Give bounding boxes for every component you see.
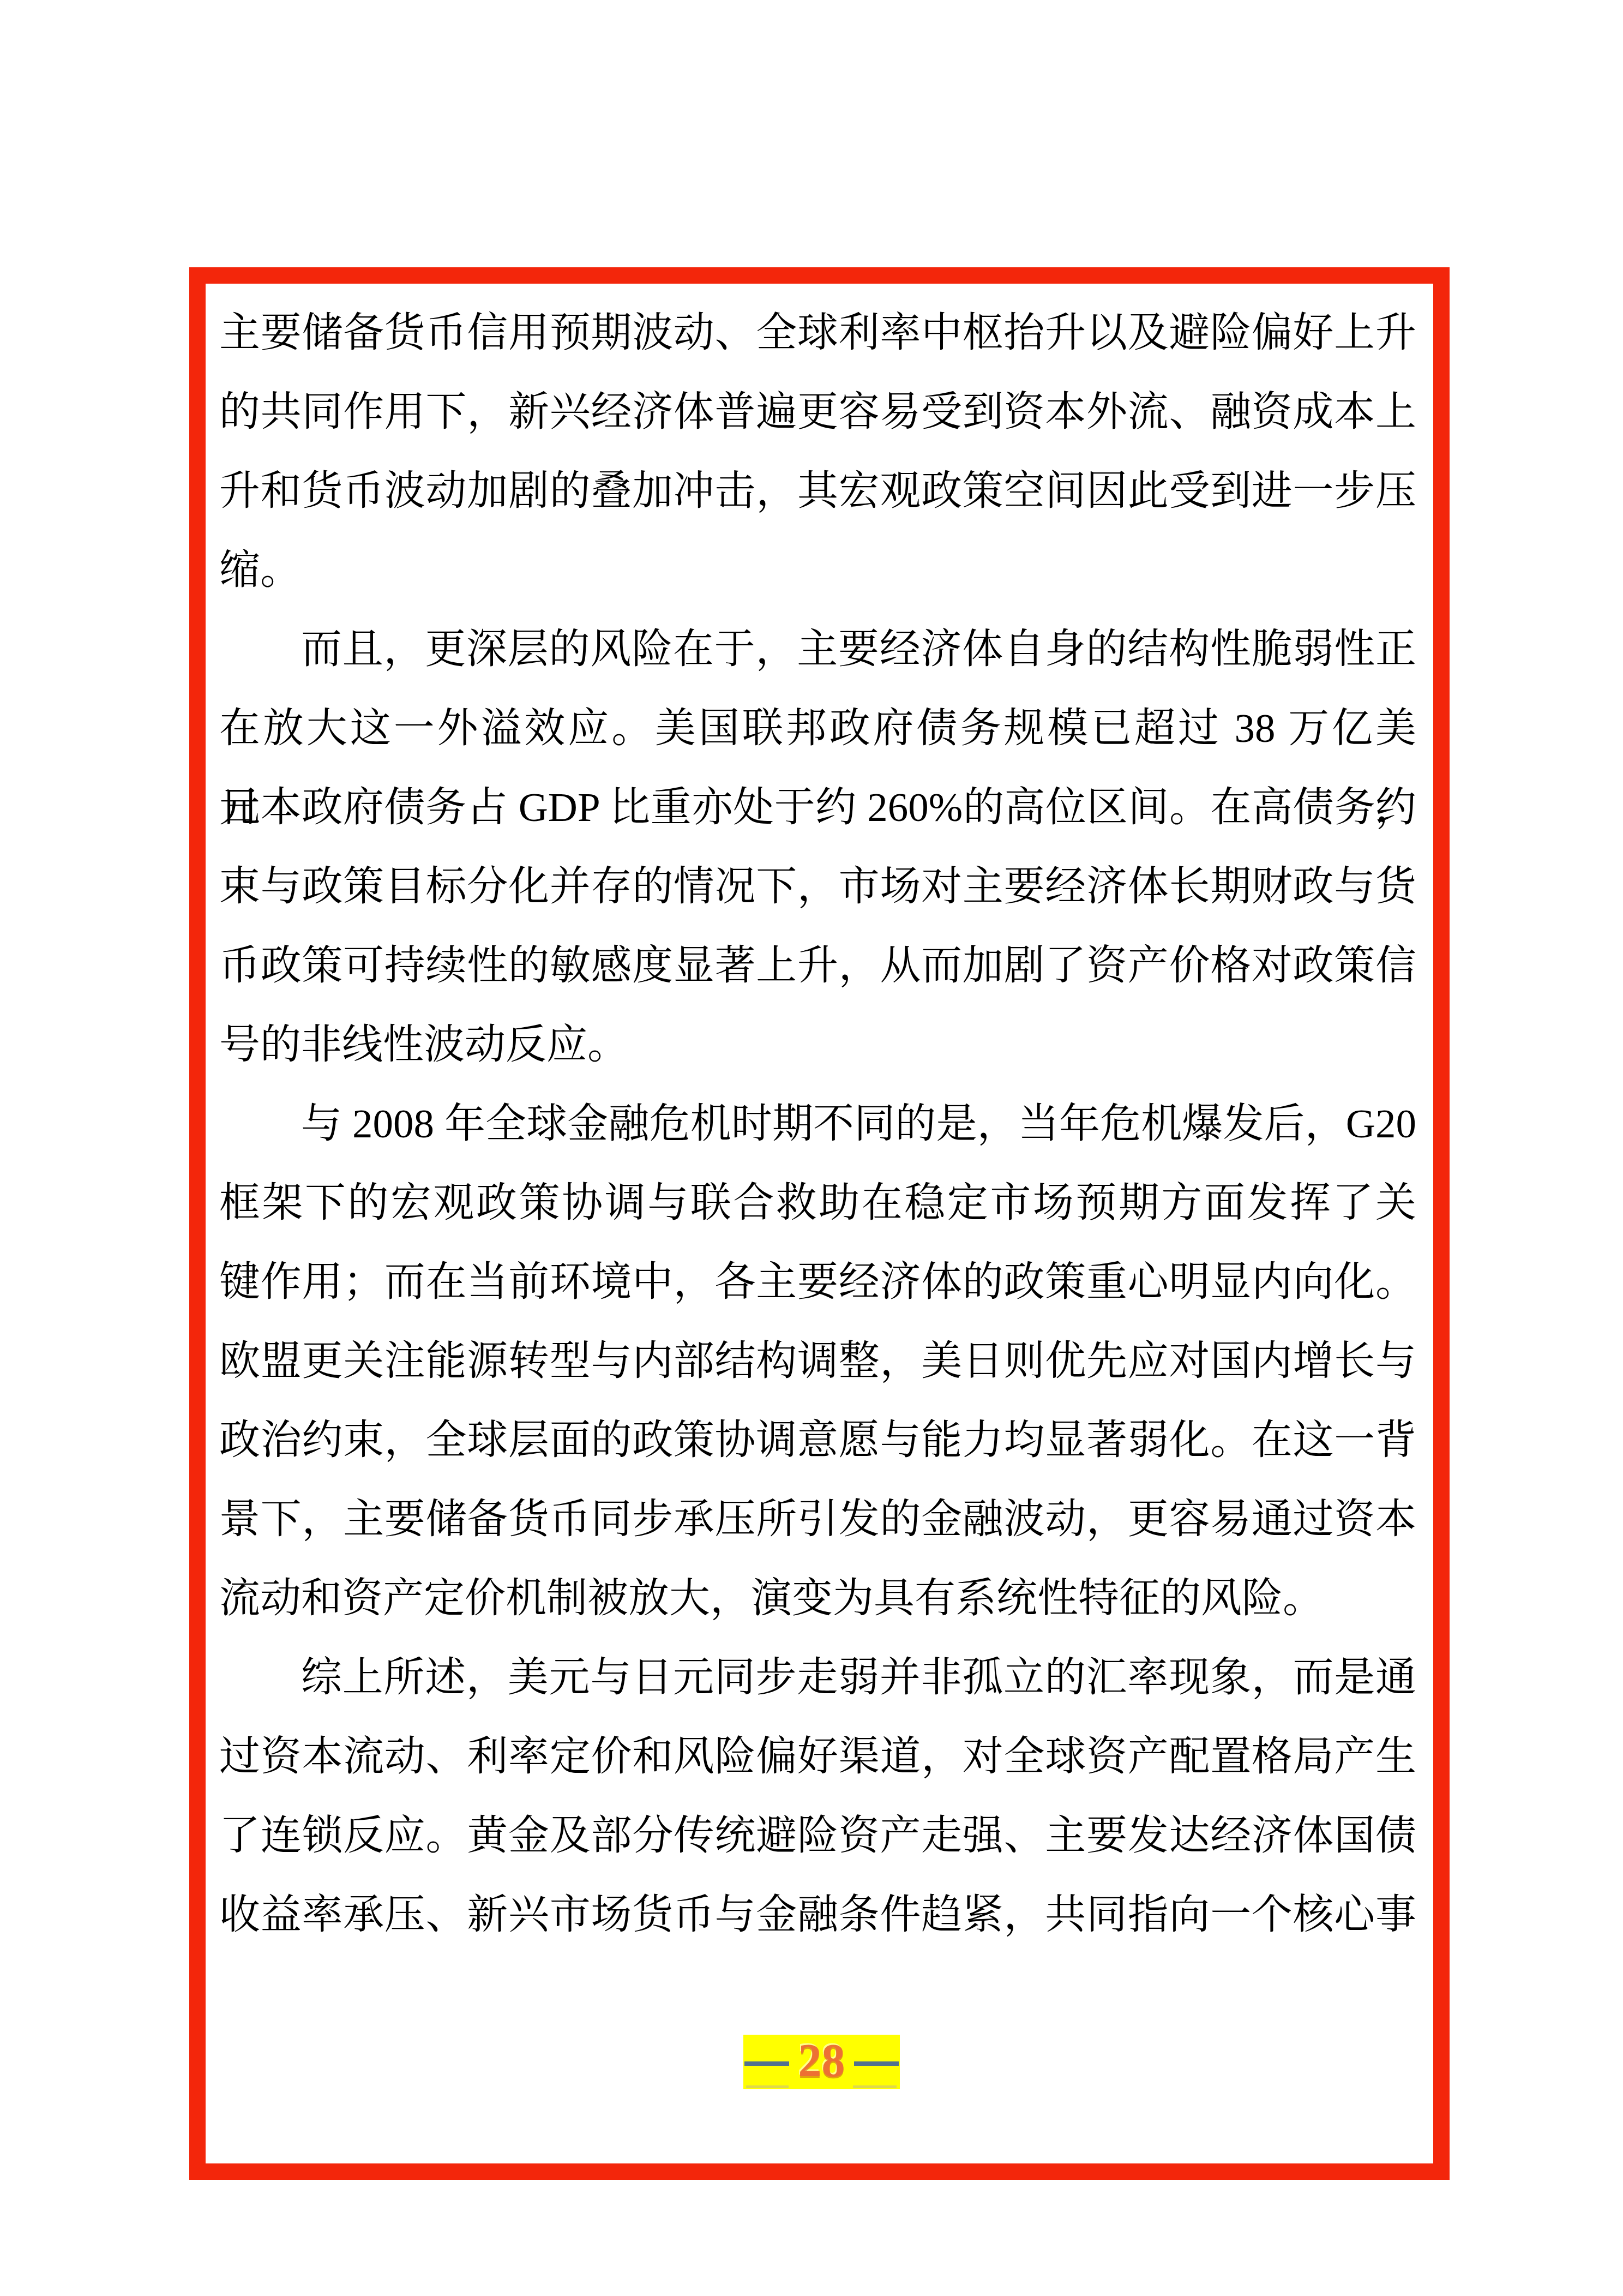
text-line: 综上所述，美元与日元同步走弱并非孤立的汇率现象，而是通 [219, 1638, 1416, 1717]
text-line: 框架下的宏观政策协调与联合救助在稳定市场预期方面发挥了关 [219, 1164, 1416, 1243]
text-line: 缩。 [219, 531, 1416, 610]
text-line: 收益率承压、新兴市场货币与金融条件趋紧，共同指向一个核心事 [219, 1875, 1416, 1955]
text-line: 流动和资产定价机制被放大，演变为具有系统性特征的风险。 [219, 1559, 1416, 1638]
text-line: 束与政策目标分化并存的情况下，市场对主要经济体长期财政与货 [219, 847, 1416, 926]
document-text-block: 主要储备货币信用预期波动、全球利率中枢抬升以及避险偏好上升 的共同作用下，新兴经… [219, 293, 1416, 1955]
footer-dash-shadow-left [746, 2085, 789, 2088]
text-line: 号的非线性波动反应。 [219, 1005, 1416, 1084]
text-line: 过资本流动、利率定价和风险偏好渠道，对全球资产配置格局产生 [219, 1717, 1416, 1796]
text-line: 与 2008 年全球金融危机时期不同的是，当年危机爆发后，G20 [219, 1084, 1416, 1164]
footer-dash-right-icon [854, 2061, 899, 2066]
text-line: 在放大这一外溢效应。美国联邦政府债务规模已超过 38 万亿美元， [219, 689, 1416, 768]
text-line: 的共同作用下，新兴经济体普遍更容易受到资本外流、融资成本上 [219, 373, 1416, 452]
footer-dash-left-icon [744, 2061, 789, 2066]
text-line: 欧盟更关注能源转型与内部结构调整，美日则优先应对国内增长与 [219, 1322, 1416, 1401]
footer-page-number-highlight: 28 [743, 2035, 900, 2089]
text-line: 日本政府债务占 GDP 比重亦处于约 260%的高位区间。在高债务约 [219, 768, 1416, 847]
footer-page-number: 28 [798, 2037, 845, 2087]
text-line: 升和货币波动加剧的叠加冲击，其宏观政策空间因此受到进一步压 [219, 452, 1416, 531]
text-line: 键作用；而在当前环境中，各主要经济体的政策重心明显内向化。 [219, 1243, 1416, 1322]
footer-dash-shadow-right [853, 2085, 897, 2088]
text-line: 而且，更深层的风险在于，主要经济体自身的结构性脆弱性正 [219, 610, 1416, 689]
text-line: 主要储备货币信用预期波动、全球利率中枢抬升以及避险偏好上升 [219, 293, 1416, 373]
text-line: 币政策可持续性的敏感度显著上升，从而加剧了资产价格对政策信 [219, 926, 1416, 1005]
text-line: 政治约束，全球层面的政策协调意愿与能力均显著弱化。在这一背 [219, 1401, 1416, 1480]
text-line: 景下，主要储备货币同步承压所引发的金融波动，更容易通过资本 [219, 1480, 1416, 1559]
text-line: 了连锁反应。黄金及部分传统避险资产走强、主要发达经济体国债 [219, 1796, 1416, 1875]
